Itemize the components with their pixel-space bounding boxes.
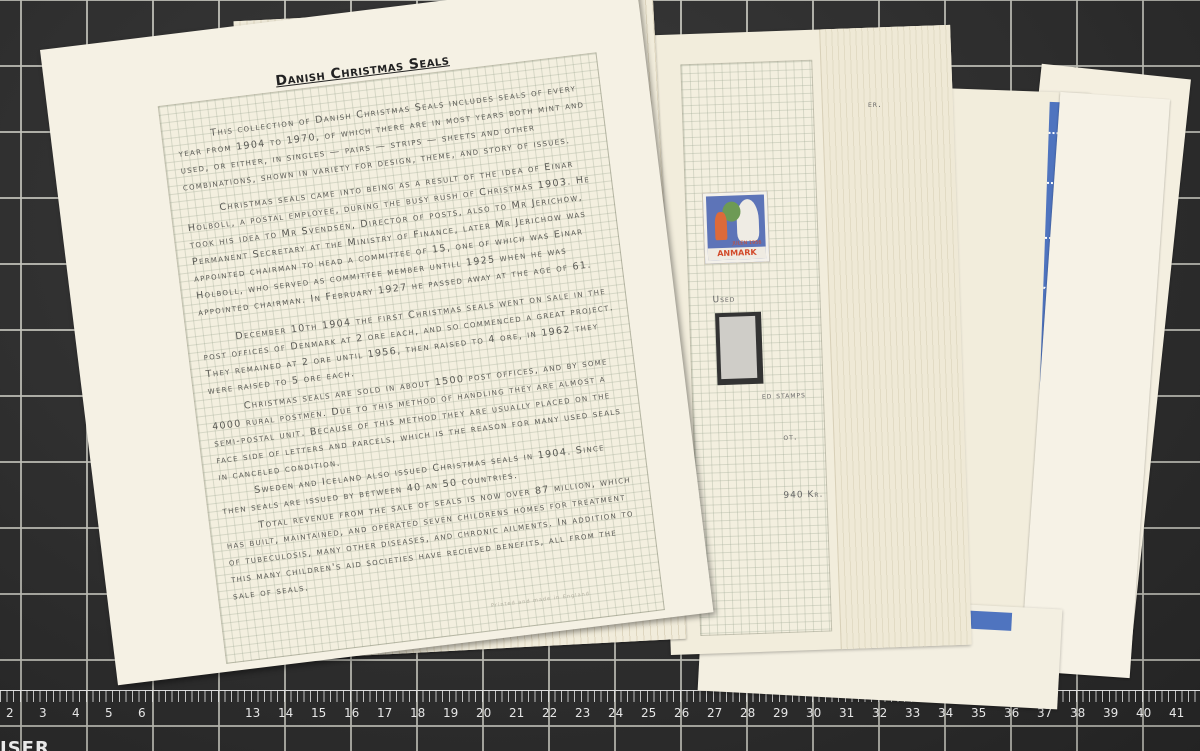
ruler-number: 40	[1136, 706, 1169, 720]
ruler-number: 41	[1169, 706, 1200, 720]
ruler-number: 4	[72, 706, 105, 720]
label-kr: 940 Kr.	[783, 490, 823, 501]
ruler-number: 24	[608, 706, 641, 720]
ruler-number: 3	[39, 706, 72, 720]
ruler-number: 29	[773, 706, 806, 720]
label-stamps: ed stamps	[762, 390, 806, 402]
ruler-number: 19	[443, 706, 476, 720]
ruler-number: 5	[105, 706, 138, 720]
used-seal-stamp	[715, 312, 763, 386]
ruler-number: 13	[245, 706, 278, 720]
christmas-seal-stamp: JULEN 1956 ANMARK	[703, 191, 769, 263]
label-ot: ot.	[783, 432, 798, 442]
mat-brand: ISER	[0, 738, 50, 751]
ruler-numbers-left: 23456	[6, 706, 171, 720]
ruler-number: 15	[311, 706, 344, 720]
ruler-number: 23	[575, 706, 608, 720]
ruler-number: 14	[278, 706, 311, 720]
ruler-number: 30	[806, 706, 839, 720]
ruler-number: 18	[410, 706, 443, 720]
ruler-number: 32	[872, 706, 905, 720]
ruler-number: 2	[6, 706, 39, 720]
ruler-number: 39	[1103, 706, 1136, 720]
ruler-number: 22	[542, 706, 575, 720]
ruler-number: 36	[1004, 706, 1037, 720]
label-used: Used	[712, 295, 735, 306]
ruler-number: 35	[971, 706, 1004, 720]
album-page-front: Danish Christmas Seals This collection o…	[40, 0, 714, 685]
label-er: er.	[868, 100, 882, 110]
ruler-number: 6	[138, 706, 171, 720]
ruler-number: 34	[938, 706, 971, 720]
ruler-number: 17	[377, 706, 410, 720]
ruler-number: 20	[476, 706, 509, 720]
ruler-number: 27	[707, 706, 740, 720]
ruler-number: 26	[674, 706, 707, 720]
ruler-number: 16	[344, 706, 377, 720]
ruler-number: 38	[1070, 706, 1103, 720]
ruler-number: 21	[509, 706, 542, 720]
ruler-number: 25	[641, 706, 674, 720]
ruler-number: 31	[839, 706, 872, 720]
ruler-number: 33	[905, 706, 938, 720]
ruler-number: 28	[740, 706, 773, 720]
